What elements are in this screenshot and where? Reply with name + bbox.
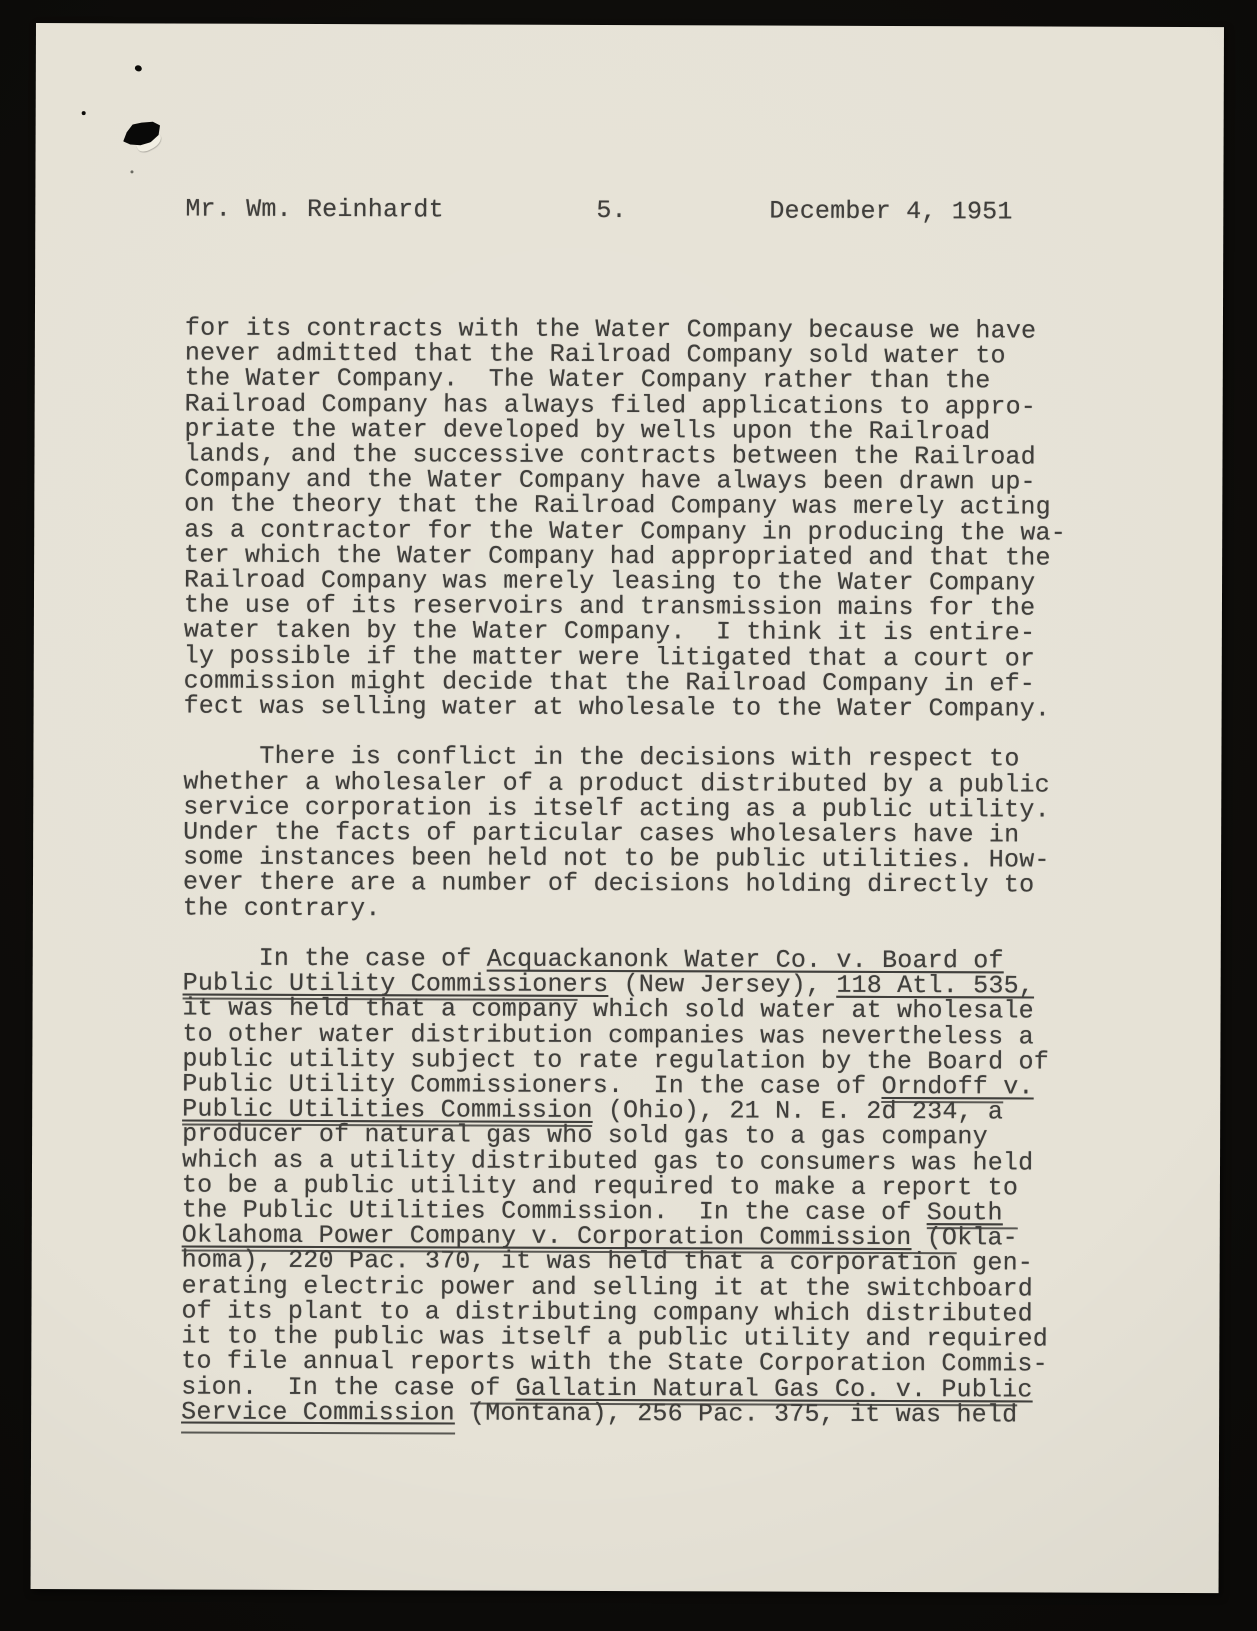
ink-speck [134, 64, 143, 72]
ink-speck [130, 170, 133, 173]
text-line: fect was selling water at wholesale to t… [184, 694, 1104, 722]
header-date: December 4, 1951 [769, 199, 1012, 225]
text-run: fect was selling water at wholesale to t… [184, 692, 1051, 724]
paragraph: There is conflict in the decisions with … [183, 744, 1104, 924]
text-run: (Montana), 256 Pac. 375, it was held [470, 1398, 1017, 1429]
paragraph: In the case of Acquackanonk Water Co. v.… [181, 946, 1103, 1428]
paragraph: for its contracts with the Water Company… [184, 316, 1105, 722]
text-run [455, 1398, 470, 1427]
header-page-number: 5. [596, 198, 626, 223]
ink-blot [120, 115, 164, 157]
ink-speck [82, 111, 86, 115]
scan-background: Mr. Wm. Reinhardt 5. December 4, 1951 fo… [0, 0, 1257, 1631]
header-recipient: Mr. Wm. Reinhardt [185, 197, 444, 223]
text-run: the contrary. [183, 893, 381, 923]
underlined-citation: Service Commission [181, 1397, 455, 1434]
letter-body: for its contracts with the Water Company… [181, 316, 1105, 1428]
letter-page: Mr. Wm. Reinhardt 5. December 4, 1951 fo… [31, 23, 1224, 1593]
text-line: Service Commission (Montana), 256 Pac. 3… [181, 1399, 1101, 1427]
